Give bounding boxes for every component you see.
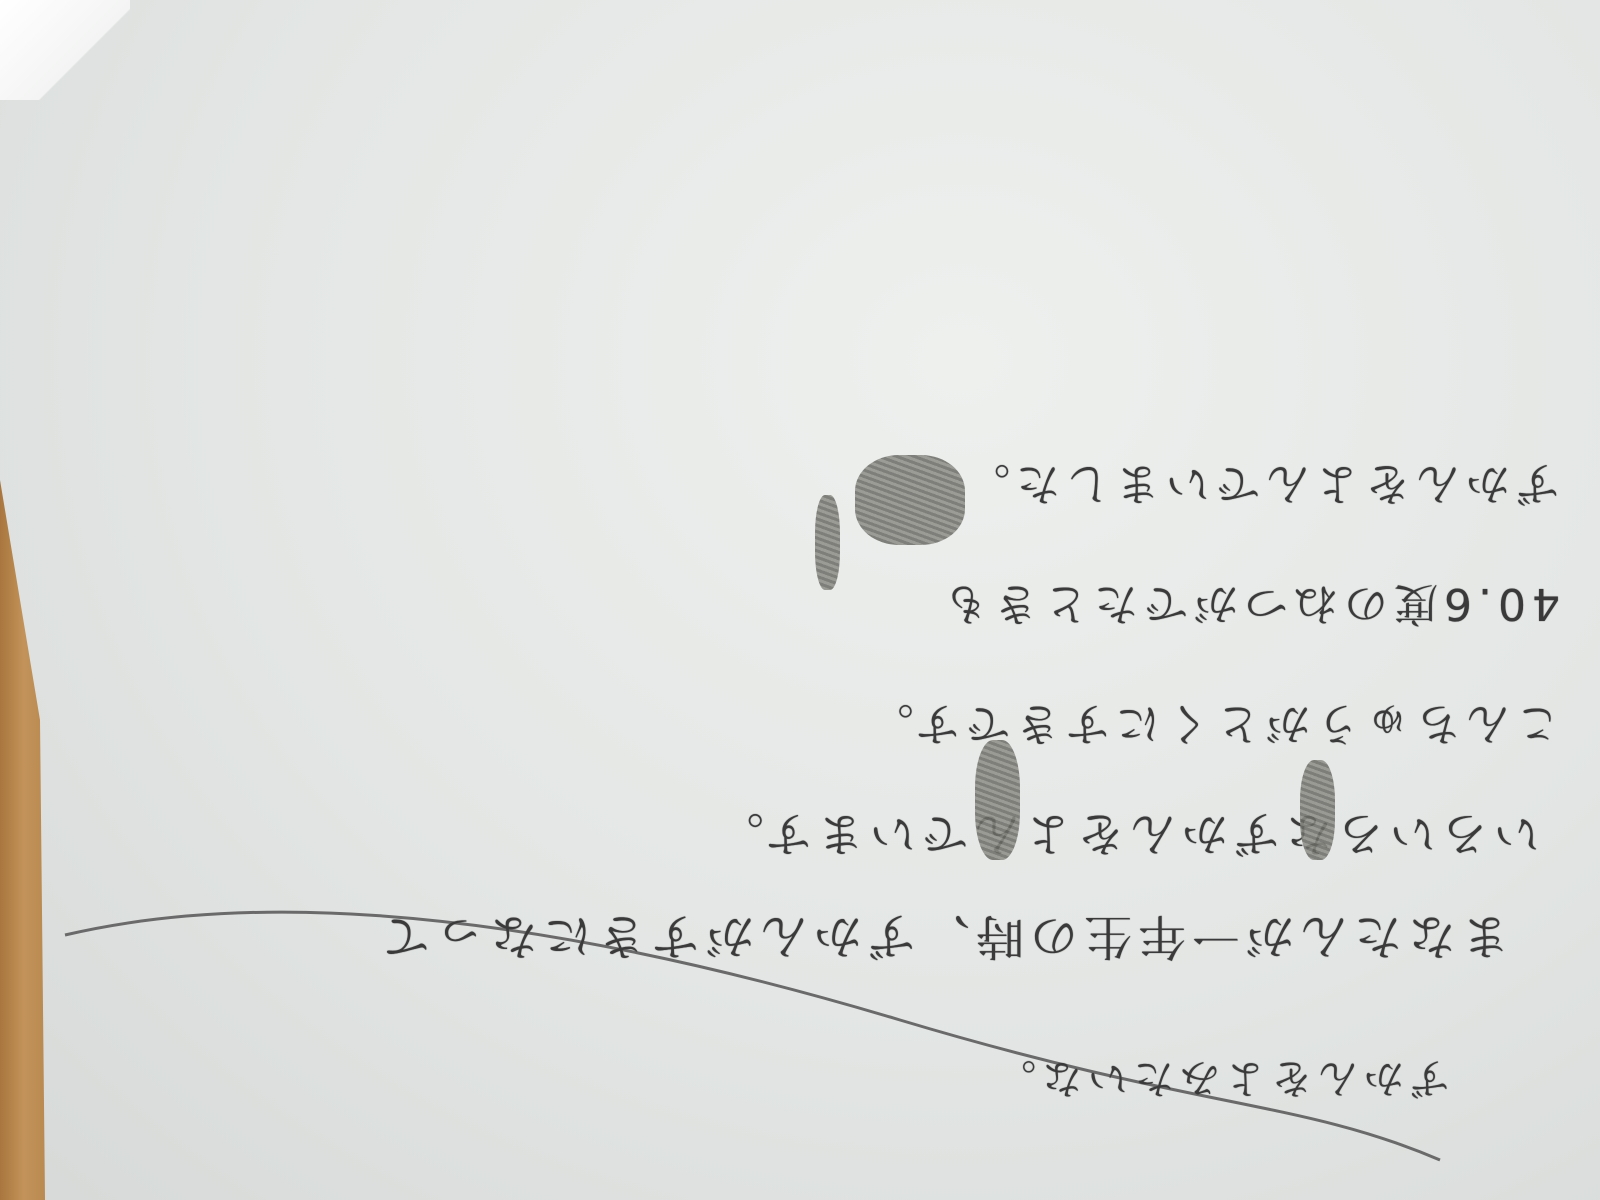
photo-scene: ずかんをよみたいな。 まなたんが一年生の時、ずかんがすきになって いろいろなずか… — [0, 0, 1600, 1200]
handwritten-text-rotated: ずかんをよみたいな。 まなたんが一年生の時、ずかんがすきになって いろいろなずか… — [0, 0, 1600, 1200]
handwritten-line: ずかんをよみたいな。 — [990, 1053, 1450, 1110]
handwritten-line: ずかんをよんでいました。 — [960, 456, 1560, 520]
handwritten-line: こんちゅうがとくにすきです。 — [864, 696, 1560, 760]
scribbled-out-word — [855, 455, 965, 545]
scribbled-out-word — [815, 495, 840, 590]
scribbled-out-word — [975, 740, 1020, 860]
scribbled-out-word — [1300, 760, 1335, 860]
handwritten-line: 40.6度のねつがでたときも — [938, 576, 1560, 640]
handwritten-line: まなたんが一年生の時、ずかんがすきになって — [376, 906, 1510, 975]
handwritten-line: いろいろなずかんをよんでいます。 — [712, 804, 1540, 870]
